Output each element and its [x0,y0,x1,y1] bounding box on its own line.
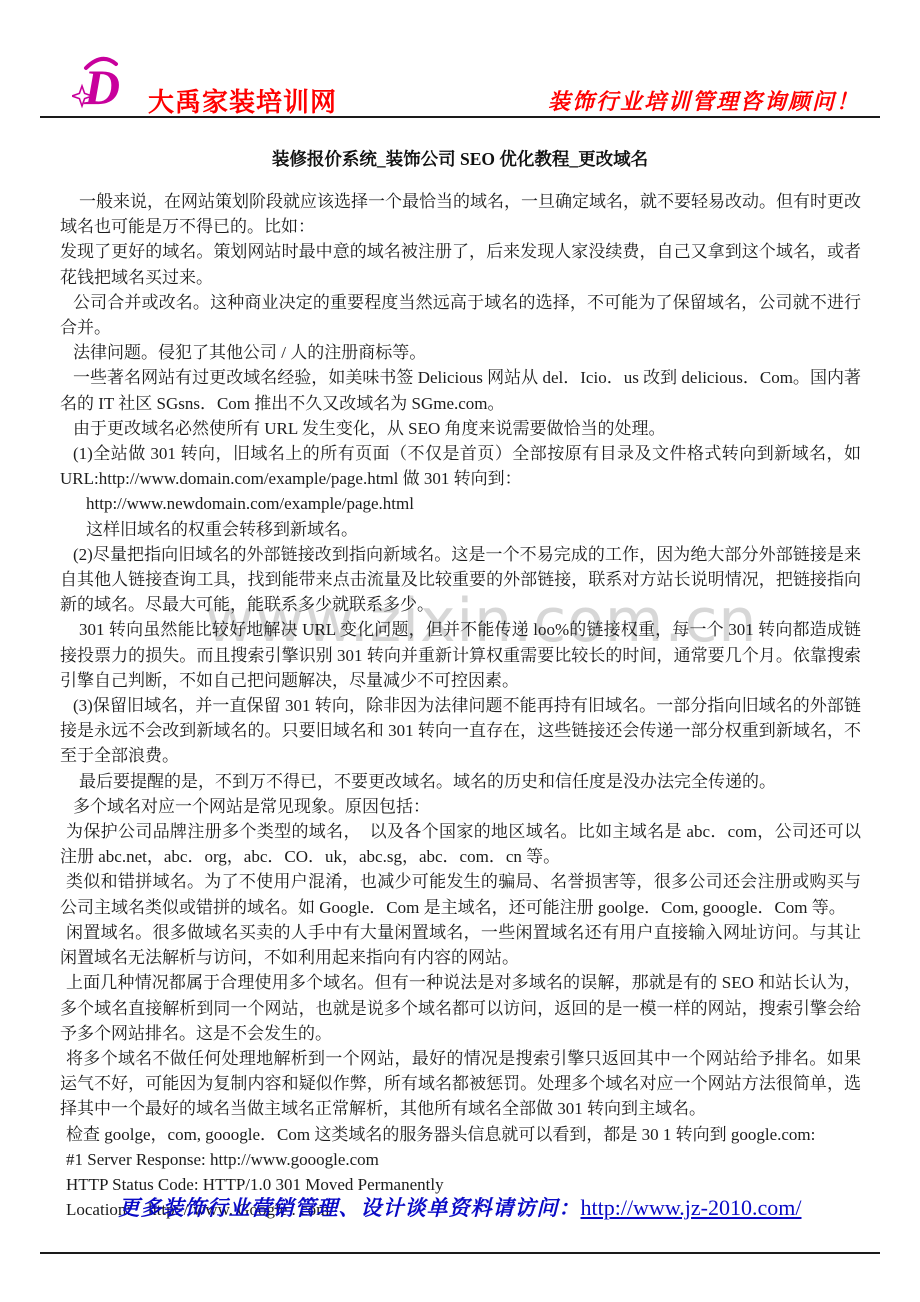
page-footer: 更多装饰行业营销管理、设计谈单资料请访问：http://www.jz-2010.… [0,1192,920,1222]
paragraph: 公司合并或改名。这种商业决定的重要程度当然远高于域名的选择，不可能为了保留域名，… [60,290,861,340]
paragraph: http://www.newdomain.com/example/page.ht… [60,491,861,516]
footer-text: 更多装饰行业营销管理、设计谈单资料请访问： [119,1196,581,1220]
page-title: 装修报价系统_装饰公司 SEO 优化教程_更改域名 [0,146,920,171]
paragraph: 检查 goolge，com, gooogle．Com 这类域名的服务器头信息就可… [60,1122,861,1147]
document-page: D 大禹家装培训网 装饰行业培训管理咨询顾问！ 装修报价系统_装饰公司 SEO … [0,0,920,1302]
paragraph: 发现了更好的域名。策划网站时最中意的域名被注册了，后来发现人家没续费，自己又拿到… [60,239,861,289]
paragraph: 最后要提醒的是，不到万不得已，不要更改域名。域名的历史和信任度是没办法完全传递的… [60,769,861,794]
paragraph: 由于更改域名必然使所有 URL 发生变化，从 SEO 角度来说需要做恰当的处理。 [60,416,861,441]
paragraph: (2)尽量把指向旧域名的外部链接改到指向新域名。这是一个不易完成的工作，因为绝大… [60,542,861,618]
footer-rule [40,1252,880,1254]
logo-letter: D [83,59,120,115]
paragraph: (1)全站做 301 转向，旧域名上的所有页面（不仅是首页）全部按原有目录及文件… [60,441,861,491]
paragraph: #1 Server Response: http://www.gooogle.c… [60,1147,861,1172]
paragraph: 为保护公司品牌注册多个类型的域名， 以及各个国家的地区域名。比如主域名是 abc… [60,819,861,869]
paragraph: 多个域名对应一个网站是常见现象。原因包括： [60,794,861,819]
header-tagline: 装饰行业培训管理咨询顾问！ [548,85,860,116]
header-rule [40,116,880,118]
paragraph: 一般来说，在网站策划阶段就应该选择一个最恰当的域名，一旦确定域名，就不要轻易改动… [60,189,861,239]
footer-link[interactable]: http://www.jz-2010.com/ [581,1195,802,1220]
paragraph: (3)保留旧域名，并一直保留 301 转向，除非因为法律问题不能再持有旧域名。一… [60,693,861,769]
paragraph: 一些著名网站有过更改域名经验，如美味书签 Delicious 网站从 del．I… [60,365,861,415]
paragraph: 301 转向虽然能比较好地解决 URL 变化问题，但并不能传递 loo%的链接权… [60,617,861,693]
paragraph: 上面几种情况都属于合理使用多个域名。但有一种说法是对多域名的误解，那就是有的 S… [60,970,861,1046]
paragraph: 法律问题。侵犯了其他公司 / 人的注册商标等。 [60,340,861,365]
paragraph: 将多个域名不做任何处理地解析到一个网站，最好的情况是搜索引擎只返回其中一个网站给… [60,1046,861,1122]
paragraph: 闲置域名。很多做域名买卖的人手中有大量闲置域名，一些闲置域名还有用户直接输入网址… [60,920,861,970]
document-body: 一般来说，在网站策划阶段就应该选择一个最恰当的域名，一旦确定域名，就不要轻易改动… [60,189,861,1222]
brand-logo-icon: D [72,56,128,118]
paragraph: 这样旧域名的权重会转移到新域名。 [60,517,861,542]
site-name: 大禹家装培训网 [148,82,337,119]
paragraph: 类似和错拼域名。为了不使用户混淆，也减少可能发生的骗局、名誉损害等，很多公司还会… [60,869,861,919]
